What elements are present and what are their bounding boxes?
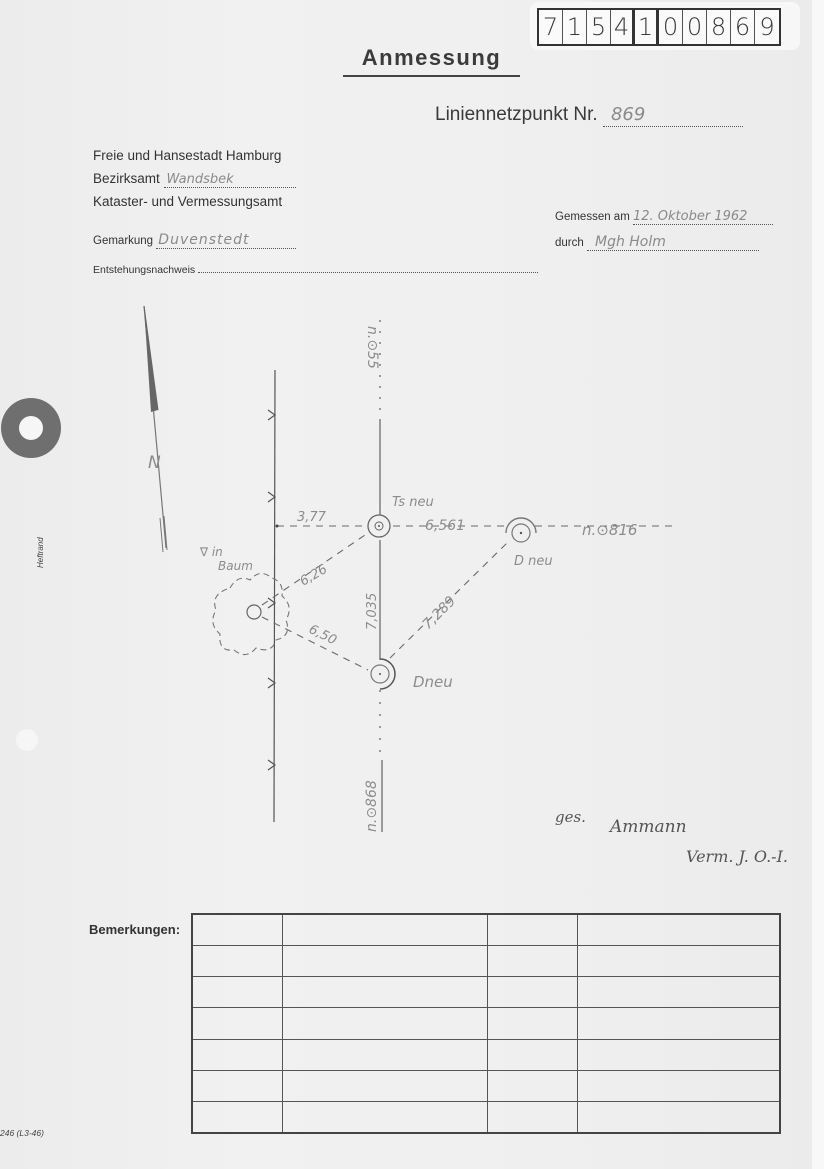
table-cell[interactable] (577, 914, 780, 946)
tree-label-line2: Baum (218, 559, 253, 573)
table-cell[interactable] (487, 914, 577, 946)
d-neu-bottom-label: Dneu (413, 673, 453, 691)
d-neu-bottom-point-icon (371, 659, 395, 689)
d-neu-right-point-icon (506, 518, 536, 542)
ref-top-label: n.⊙55 (364, 326, 380, 369)
table-cell[interactable] (282, 977, 487, 1008)
table-row (192, 977, 780, 1008)
table-cell[interactable] (487, 946, 577, 977)
table-cell[interactable] (577, 1039, 780, 1070)
table-cell[interactable] (487, 1039, 577, 1070)
table-cell[interactable] (192, 1008, 282, 1039)
ts-neu-label: Ts neu (392, 495, 434, 510)
survey-centerline (380, 320, 382, 832)
table-cell[interactable] (577, 977, 780, 1008)
table-cell[interactable] (577, 1008, 780, 1039)
measurement-lines (262, 526, 672, 670)
table-cell[interactable] (577, 946, 780, 977)
d-neu-right-label: D neu (514, 554, 553, 569)
table-cell[interactable] (487, 1101, 577, 1133)
table-row (192, 946, 780, 977)
tree-label-line1: ∇ in (199, 545, 223, 559)
table-cell[interactable] (577, 1101, 780, 1133)
table-cell[interactable] (282, 1039, 487, 1070)
table-cell[interactable] (192, 977, 282, 1008)
table-cell[interactable] (192, 1039, 282, 1070)
table-cell[interactable] (282, 1008, 487, 1039)
ref-bottom-label: n.⊙868 (364, 780, 380, 832)
distance-ts-d-right: 6,561 (425, 518, 465, 534)
table-cell[interactable] (282, 914, 487, 946)
table-cell[interactable] (487, 1008, 577, 1039)
table-cell[interactable] (192, 946, 282, 977)
signature-title: Verm. J. O.-I. (686, 847, 788, 866)
distance-tree-d-bottom: 6,50 (306, 622, 339, 648)
table-row (192, 1008, 780, 1039)
remarks-label: Bemerkungen: (89, 922, 180, 937)
north-arrow-icon: N (144, 306, 167, 552)
distance-offset: 3,77 (297, 510, 327, 525)
table-row (192, 914, 780, 946)
table-cell[interactable] (192, 1070, 282, 1101)
distance-d-bottom-d-right: 7,289 (420, 593, 460, 633)
table-cell[interactable] (192, 914, 282, 946)
table-cell[interactable] (577, 1070, 780, 1101)
table-row (192, 1039, 780, 1070)
table-cell[interactable] (487, 977, 577, 1008)
distance-tree-ts: 6,26 (298, 562, 331, 589)
tree-icon (213, 573, 289, 654)
table-cell[interactable] (282, 946, 487, 977)
distance-ts-d-bottom: 7,035 (365, 593, 380, 630)
table-cell[interactable] (192, 1101, 282, 1133)
signature-name: Ammann (608, 817, 687, 837)
table-row (192, 1101, 780, 1133)
ref-right-label: n.⊙816 (582, 521, 637, 539)
remarks-table (191, 913, 781, 1134)
table-cell[interactable] (282, 1101, 487, 1133)
signature-prefix: ges. (555, 808, 586, 826)
north-label: N (148, 453, 161, 473)
table-cell[interactable] (487, 1070, 577, 1101)
table-cell[interactable] (282, 1070, 487, 1101)
survey-baseline (268, 370, 275, 822)
table-row (192, 1070, 780, 1101)
ts-neu-point-icon (368, 515, 390, 537)
